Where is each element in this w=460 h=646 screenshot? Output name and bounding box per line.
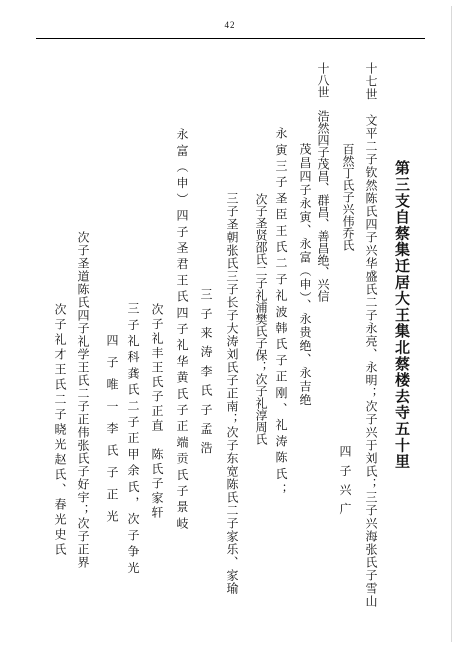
genealogy-page: 42 第三支自蔡集迁居大王集北蔡楼去寺五十里 十七世 文平二子钦然陈氏四子兴华盛… (0, 0, 460, 646)
column-yong-yin: 永寅三子圣臣王氏二子礼波韩氏子正刚、礼涛陈氏； (274, 127, 288, 500)
column-sheng-chao: 三子圣朝张氏三子长子大涛刘氏子正南；次子东宽陈氏二子家乐、家瑜 (225, 192, 239, 595)
column-generation-17: 十七世 文平二子钦然陈氏四子兴华盛氏二子永亮、永明；次子兴于刘氏；三子兴海张氏子… (364, 62, 378, 608)
column-li-cai: 次子礼才王氏二子晓光赵氏、春光史氏 (53, 303, 67, 558)
column-li-ke: 三子礼科龚氏二子正甲余氏，次子争光 (126, 302, 140, 577)
column-bai-ran: 百然丁氏子兴伟乔氏 (341, 143, 355, 251)
column-sheng-dao: 次子圣道陈氏四子礼学王氏二子正伟张氏子好宇；次子正界 (76, 231, 90, 569)
column-generation-18: 十八世 浩然四子茂昌、群昌、善昌绝、兴信 (316, 62, 330, 302)
column-xing-guang: 四子兴广 (338, 445, 352, 522)
column-wei-yi: 四子唯一李氏子正光 (105, 334, 119, 532)
page-right-edge-line (451, 6, 452, 642)
section-title-column: 第三支自蔡集迁居大王集北蔡楼去寺五十里 (392, 160, 410, 470)
column-lai-tao: 三子来涛李氏子孟浩 (199, 288, 213, 461)
column-li-feng: 次子礼丰王氏子正直 陈氏子家轩 (150, 303, 164, 521)
header-rule (36, 38, 425, 39)
column-mao-chang: 茂昌四子永寅、永富（申）、永贵绝、永吉绝 (298, 143, 312, 407)
column-sheng-xian: 次子圣贤邵氏二子礼浦樊氏子保；次子礼淳周氏 (254, 193, 268, 445)
page-number: 42 (0, 20, 460, 30)
column-yong-fu: 永富（申）四子圣君王氏四子礼华黄氏子正端贡氏子景岐 (175, 128, 189, 533)
